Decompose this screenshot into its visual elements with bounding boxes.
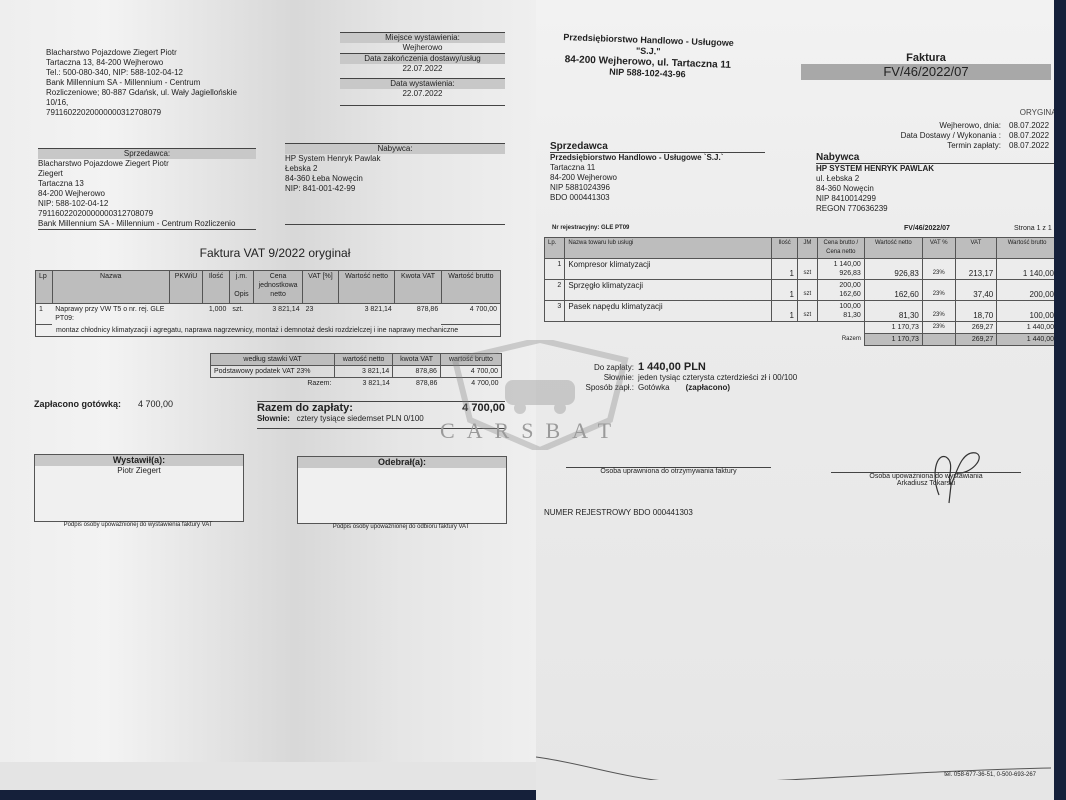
col-net: Wartość netto — [338, 271, 395, 304]
cell-qty: 1,000 — [203, 304, 230, 325]
footer-phone: tel. 058-677-36-51, 0-500-693-267 — [836, 772, 1036, 778]
payment-label: Sposób zapł.: — [566, 383, 634, 393]
words-value: cztery tysiące siedemset PLN 0/100 — [297, 414, 424, 423]
cell-qty: 1 — [772, 280, 798, 301]
col-lp-r: Lp. — [545, 238, 565, 259]
original-label: ORYGINAŁ — [936, 108, 1054, 118]
right-invoice-page: Przedsiębiorstwo Handlowo - Usługowe "S.… — [536, 0, 1054, 800]
vs-total-label: Razem: — [211, 378, 335, 390]
seller-line-right: BDO 000441303 — [550, 193, 765, 203]
items-table-right: Lp. Nazwa towaru lub usługi Ilość JM Cen… — [544, 237, 1054, 346]
vat-summary-total: Razem: 3 821,14 878,86 4 700,00 — [211, 378, 502, 390]
vs-col-gross: wartość brutto — [440, 354, 501, 366]
buyer-line: NIP: 841-001-42-99 — [285, 184, 505, 194]
col-price-r: Cena brutto / Cena netto — [817, 238, 864, 259]
price-gross: 200,00 — [821, 281, 861, 290]
vs-rate: Podstawowy podatek VAT 23% — [211, 366, 335, 378]
meta-value: 22.07.2022 — [340, 89, 505, 99]
buyer-line-right: ul. Łebska 2 — [816, 174, 1054, 184]
col-pkwiu: PKWiU — [169, 271, 202, 304]
seller-line: Bank Millennium SA - Millennium - Centru… — [38, 219, 256, 230]
cell-vat: 213,17 — [955, 259, 997, 280]
cell-lp: 3 — [545, 301, 565, 322]
cell-vat-rate: 23% — [922, 259, 955, 280]
col-vat: VAT [%] — [303, 271, 339, 304]
cell-net: 81,30 — [864, 301, 922, 322]
col-gross-r: Wartość brutto — [997, 238, 1054, 259]
cell-net: 926,83 — [864, 259, 922, 280]
seller-block: Sprzedawca: Blacharstwo Pojazdowe Zieger… — [38, 148, 256, 230]
issuer-line: Tel.: 500-080-340, NIP: 588-102-04-12 — [46, 68, 276, 78]
cell-gross: 4 700,00 — [441, 304, 500, 325]
issuer-line: 10/16, — [46, 98, 276, 108]
buyer-block-right: Nabywca HP SYSTEM HENRYK PAWLAK ul. Łebs… — [816, 153, 1054, 214]
invoice-meta: Miejsce wystawienia: Wejherowo Data zako… — [340, 32, 505, 106]
cell-net: 3 821,14 — [338, 304, 395, 325]
cell-price: 1 140,00926,83 — [817, 259, 864, 280]
table-row: 1Kompresor klimatyzacji1szt1 140,00926,8… — [545, 259, 1055, 280]
seller-label: Sprzedawca: — [38, 148, 256, 159]
seller-line-right: NIP 5881024396 — [550, 183, 765, 193]
vs-vat: 878,86 — [393, 366, 441, 378]
seller-name-right: Przedsiębiorstwo Handlowo - Usługowe `S.… — [550, 153, 765, 163]
vat-summary-table: według stawki VAT wartość netto kwota VA… — [210, 353, 502, 389]
left-invoice-page: Blacharstwo Pojazdowe Ziegert Piotr Tart… — [0, 0, 536, 790]
buyer-line-right: 84-360 Nowęcin — [816, 184, 1054, 194]
doc-type: Faktura — [801, 52, 1051, 64]
cell-price: 100,0081,30 — [817, 301, 864, 322]
cell-price: 200,00162,60 — [817, 280, 864, 301]
col-lp: Lp — [36, 271, 53, 304]
col-vat-amount: Kwota VAT — [395, 271, 441, 304]
received-by-caption: Podpis osoby upoważnionej do odbioru fak… — [297, 524, 505, 530]
cell-pkwiu — [169, 304, 202, 325]
meta-value: Wejherowo — [340, 43, 505, 53]
cell-unit: szt — [797, 301, 817, 322]
to-pay-value: 4 700,00 — [462, 402, 505, 414]
seller-line: Blacharstwo Pojazdowe Ziegert Piotr — [38, 159, 256, 169]
price-net: 81,30 — [821, 311, 861, 320]
total-vat: 269,27 — [955, 334, 997, 346]
to-pay-value-r: 1 440,00 PLN — [638, 362, 706, 372]
vs-total-net: 3 821,14 — [334, 378, 392, 390]
table-row: 3Pasek napędu klimatyzacji1szt100,0081,3… — [545, 301, 1055, 322]
received-by-label: Odebrał(a): — [298, 457, 506, 468]
page-label: Strona 1 z 1 — [1014, 224, 1052, 233]
table-row-description: montaz chłodnicy klimatyzacji i agregatu… — [36, 324, 501, 336]
issuer-line: Tartaczna 13, 84-200 Wejherowo — [46, 58, 276, 68]
total-net: 1 170,73 — [864, 334, 922, 346]
cell-qty: 1 — [772, 301, 798, 322]
cell-name: Naprawy przy VW T5 o nr. rej. GLE PT09: — [52, 304, 169, 325]
col-qty-r: Ilość — [772, 238, 798, 259]
dates-block: Wejherowo, dnia:08.07.2022 Data Dostawy … — [836, 121, 1054, 151]
cell-vat-amount: 878,86 — [395, 304, 441, 325]
cell-name: Pasek napędu klimatyzacji — [565, 301, 772, 322]
seller-line-right: 84-200 Wejherowo — [550, 173, 765, 183]
seller-line: Tartaczna 13 — [38, 179, 256, 189]
subtotal-net: 1 170,73 — [864, 322, 922, 334]
bdo-line: NUMER REJESTROWY BDO 000441303 — [544, 508, 693, 518]
words-value-r: jeden tysiąc czterysta czterdzieści zł i… — [638, 373, 797, 383]
meta-label: Data zakończenia dostawy/usług — [340, 53, 505, 64]
cell-vat-rate: 23% — [922, 280, 955, 301]
meta-label: Data wystawienia: — [340, 78, 505, 89]
to-pay-label-r: Do zapłaty: — [566, 363, 634, 373]
buyer-line: HP System Henryk Pawlak — [285, 154, 505, 164]
cell-lp: 1 — [545, 259, 565, 280]
vs-col-net: wartość netto — [334, 354, 392, 366]
vs-col-rate: według stawki VAT — [211, 354, 335, 366]
cell-unit: szt — [797, 259, 817, 280]
paid-cash-value: 4 700,00 — [138, 399, 173, 410]
col-vat-r: VAT — [955, 238, 997, 259]
buyer-label-right: Nabywca — [816, 153, 1054, 164]
date-value: 08.07.2022 — [1009, 121, 1049, 131]
cell-vat: 18,70 — [955, 301, 997, 322]
cell-net: 162,60 — [864, 280, 922, 301]
received-by-box: Odebrał(a): — [297, 456, 507, 524]
issuer-line: 79116022020000000312708079 — [46, 108, 276, 118]
seller-line: 84-200 Wejherowo — [38, 189, 256, 199]
issued-by-caption: Podpis osoby upoważnionej do wystawienia… — [34, 522, 242, 528]
vs-col-vat: kwota VAT — [393, 354, 441, 366]
col-name: Nazwa — [52, 271, 169, 304]
table-header: Lp Nazwa PKWiU Ilość j.m.Opis Cena jedno… — [36, 271, 501, 304]
cell-lp: 2 — [545, 280, 565, 301]
words-label: Słownie: — [257, 414, 290, 423]
payment-status: (zapłacono) — [686, 383, 730, 393]
subtotal-vat: 269,27 — [955, 322, 997, 334]
cell-gross: 100,00 — [997, 301, 1054, 322]
price-net: 926,83 — [821, 269, 861, 278]
vat-summary-row: Podstawowy podatek VAT 23% 3 821,14 878,… — [211, 366, 502, 378]
price-net: 162,60 — [821, 290, 861, 299]
vat-summary-header: według stawki VAT wartość netto kwota VA… — [211, 354, 502, 366]
vs-gross: 4 700,00 — [440, 366, 501, 378]
col-net-r: Wartość netto — [864, 238, 922, 259]
table-header-right: Lp. Nazwa towaru lub usługi Ilość JM Cen… — [545, 238, 1055, 259]
col-unit-label: j.m. — [236, 273, 247, 280]
buyer-line: Łebska 2 — [285, 164, 505, 174]
date-label: Data Dostawy / Wykonania : — [836, 131, 1001, 141]
buyer-block: Nabywca: HP System Henryk Pawlak Łebska … — [285, 143, 505, 225]
buyer-line-right: REGON 770636239 — [816, 204, 1054, 214]
issued-by-box: Wystawił(a): Piotr Ziegert — [34, 454, 244, 522]
vs-total-vat: 878,86 — [393, 378, 441, 390]
doc-number: FV/46/2022/07 — [801, 64, 1051, 80]
col-unit: j.m.Opis — [229, 271, 253, 304]
cell-name: Kompresor klimatyzacji — [565, 259, 772, 280]
price-gross: 100,00 — [821, 302, 861, 311]
subtotal-row: 1 170,73 23% 269,27 1 440,00 — [545, 322, 1055, 334]
seller-block-right: Sprzedawca Przedsiębiorstwo Handlowo - U… — [550, 142, 765, 203]
seller-line: Ziegert — [38, 169, 256, 179]
col-qty: Ilość — [203, 271, 230, 304]
col-price: Cena jednostkowa netto — [254, 271, 303, 304]
issuer-line: Blacharstwo Pojazdowe Ziegert Piotr — [46, 48, 276, 58]
total-gross: 1 440,00 — [997, 334, 1054, 346]
paid-cash-label: Zapłacono gotówką: — [34, 399, 121, 410]
seller-label-right: Sprzedawca — [550, 142, 765, 153]
col-opis-label: Opis — [234, 291, 248, 298]
payment-value: Gotówka — [638, 383, 670, 393]
date-value: 08.07.2022 — [1009, 131, 1049, 141]
cell-vat-rate: 23% — [922, 301, 955, 322]
items-table: Lp Nazwa PKWiU Ilość j.m.Opis Cena jedno… — [35, 270, 501, 337]
cell-price: 3 821,14 — [254, 304, 303, 325]
invoice-title: Faktura VAT 9/2022 oryginał — [150, 246, 400, 260]
total-label: Razem — [545, 334, 865, 346]
issued-by-label: Wystawił(a): — [35, 455, 243, 466]
issuer-line: Rozliczeniowe; 80-887 Gdańsk, ul. Wały J… — [46, 88, 276, 98]
cell-qty: 1 — [772, 259, 798, 280]
issuer-line: Bank Millennium SA - Millennium - Centru… — [46, 78, 276, 88]
seller-line: 79116022020000000312708079 — [38, 209, 256, 219]
handwritten-signature-icon — [921, 445, 991, 505]
subtotal-vat-rate: 23% — [922, 322, 955, 334]
vs-total-gross: 4 700,00 — [440, 378, 501, 390]
col-unit-r: JM — [797, 238, 817, 259]
buyer-line: 84-360 Łeba Nowęcin — [285, 174, 505, 184]
payment-block: Do zapłaty:1 440,00 PLN Słownie:jeden ty… — [566, 362, 866, 393]
words-label-r: Słownie: — [566, 373, 634, 383]
date-label: Termin zapłaty: — [836, 141, 1001, 151]
meta-label: Miejsce wystawienia: — [340, 32, 505, 43]
buyer-name-right: HP SYSTEM HENRYK PAWLAK — [816, 164, 1054, 174]
to-pay-label: Razem do zapłaty: — [257, 402, 353, 414]
issued-by-name: Piotr Ziegert — [35, 466, 243, 476]
date-label: Wejherowo, dnia: — [836, 121, 1001, 131]
col-name-r: Nazwa towaru lub usługi — [565, 238, 772, 259]
table-row: 1 Naprawy przy VW T5 o nr. rej. GLE PT09… — [36, 304, 501, 325]
price-gross: 1 140,00 — [821, 260, 861, 269]
col-gross: Wartość brutto — [441, 271, 500, 304]
meta-value: 22.07.2022 — [340, 64, 505, 74]
issuer-header: Blacharstwo Pojazdowe Ziegert Piotr Tart… — [46, 48, 276, 118]
doc-number-small: FV/46/2022/07 — [904, 224, 950, 233]
date-value: 08.07.2022 — [1009, 141, 1049, 151]
cell-description: montaz chłodnicy klimatyzacji i agregatu… — [36, 324, 501, 336]
total-row: Razem 1 170,73 269,27 1 440,00 — [545, 334, 1055, 346]
seller-line-right: Tartaczna 11 — [550, 163, 765, 173]
buyer-label: Nabywca: — [285, 143, 505, 154]
seller-line: NIP: 588-102-04-12 — [38, 199, 256, 209]
subtotal-gross: 1 440,00 — [997, 322, 1054, 334]
reg-number: Nr rejestracyjny: GLE PT09 — [552, 225, 629, 231]
watermark-text: CARSBAT — [440, 418, 623, 444]
buyer-line-right: NIP 8410014299 — [816, 194, 1054, 204]
cell-lp: 1 — [36, 304, 53, 325]
cell-gross: 200,00 — [997, 280, 1054, 301]
cell-gross: 1 140,00 — [997, 259, 1054, 280]
table-row: 2Sprzęgło klimatyzacji1szt200,00162,6016… — [545, 280, 1055, 301]
cell-name: Sprzęgło klimatyzacji — [565, 280, 772, 301]
company-header: Przedsiębiorstwo Handlowo - Usługowe "S.… — [547, 32, 748, 83]
col-vatrate-r: VAT % — [922, 238, 955, 259]
vs-net: 3 821,14 — [334, 366, 392, 378]
receiver-caption: Osoba uprawniona do otrzymywania faktury — [566, 467, 771, 475]
cell-unit: szt — [797, 280, 817, 301]
cell-vat: 23 — [303, 304, 339, 325]
cell-unit: szt. — [229, 304, 253, 325]
cell-vat: 37,40 — [955, 280, 997, 301]
